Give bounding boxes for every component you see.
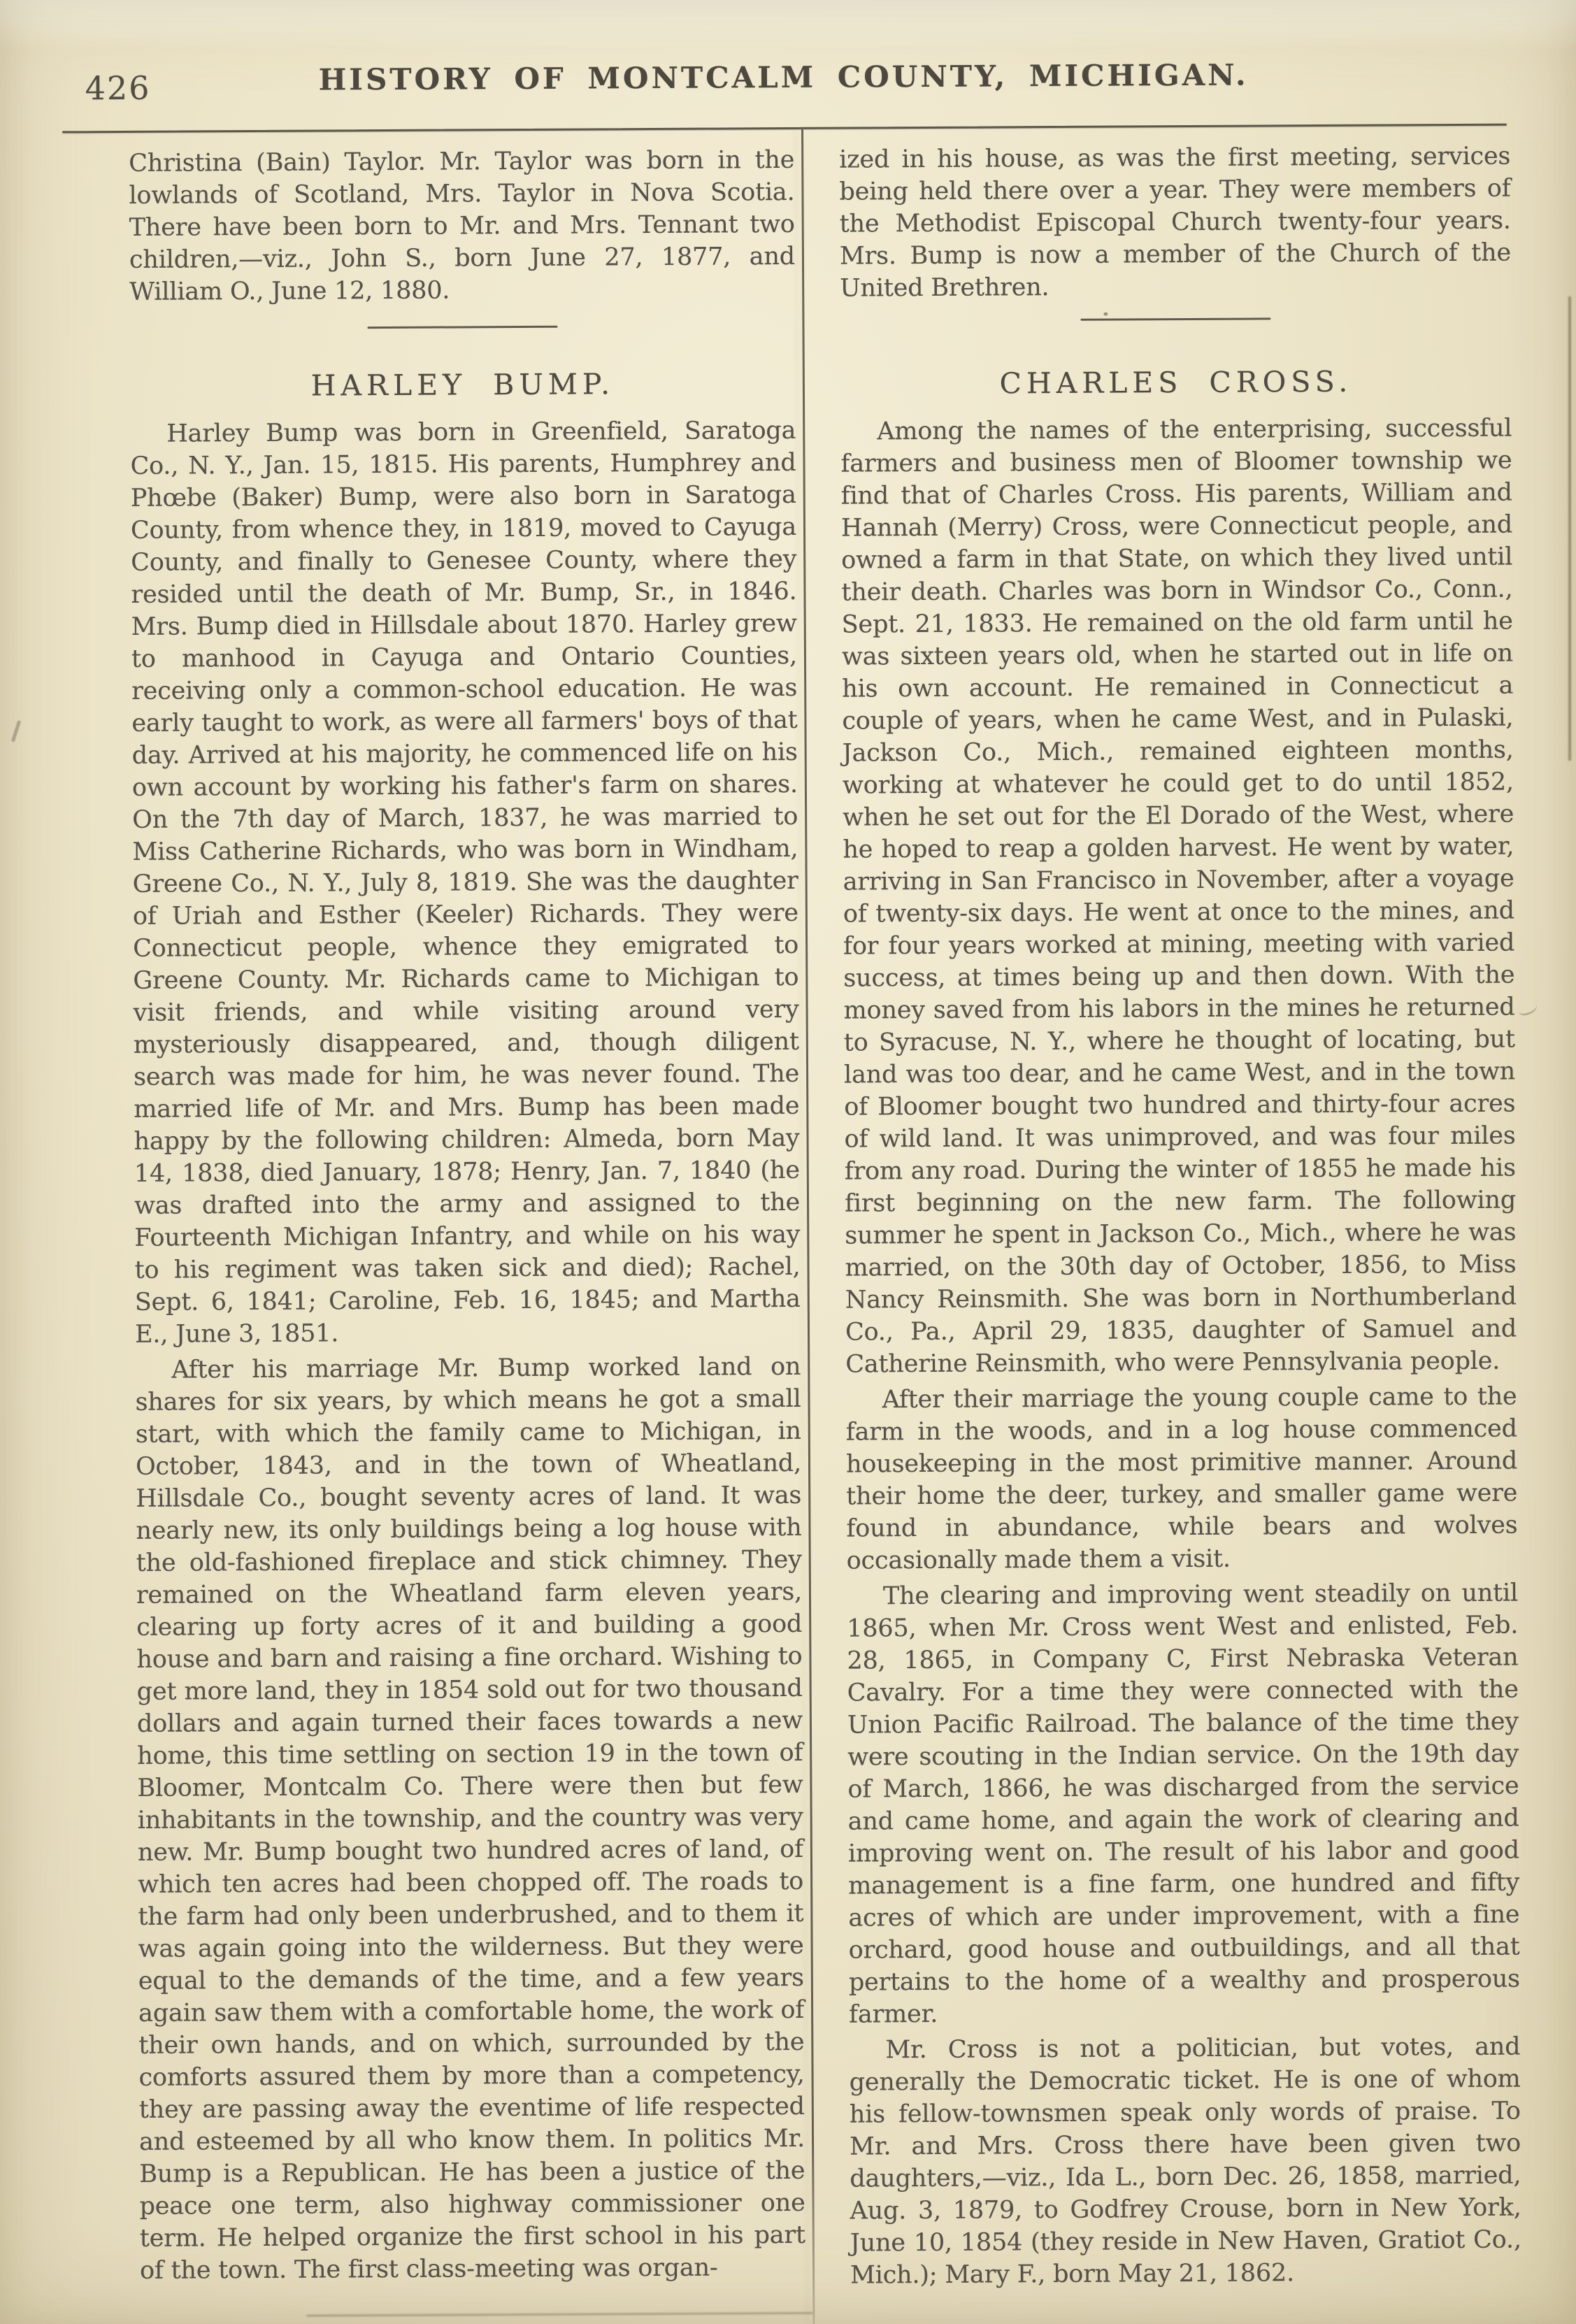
running-title: HISTORY OF MONTCALM COUNTY, MICHIGAN. [0,56,1572,99]
harley-bump-paragraph-1: Harley Bump was born in Greenfield, Sara… [130,415,801,1351]
page-sheet: 426 HISTORY OF MONTCALM COUNTY, MICHIGAN… [0,0,1576,2324]
right-column: ized in his house, as was the first meet… [839,141,1521,2292]
scan-smudge [306,2312,812,2317]
section-divider [1080,317,1270,320]
left-column: Christina (Bain) Taylor. Mr. Taylor was … [129,144,805,2287]
section-heading-charles-cross: CHARLES CROSS. [840,365,1512,401]
charles-cross-paragraph-3: The clearing and improving went steadily… [847,1577,1520,2031]
right-continuation-paragraph: ized in his house, as was the first meet… [839,141,1511,305]
harley-bump-paragraph-2: After his marriage Mr. Bump worked land … [135,1351,805,2287]
header-rule [62,124,1507,134]
section-divider [367,326,557,329]
scanned-book-page: 426 HISTORY OF MONTCALM COUNTY, MICHIGAN… [0,0,1576,2324]
margin-ink-mark [1517,999,1539,1017]
charles-cross-paragraph-2: After their marriage the young couple ca… [845,1381,1517,1577]
ink-speck [1103,313,1108,316]
charles-cross-paragraph-1: Among the names of the enterprising, suc… [840,413,1517,1381]
section-heading-harley-bump: HARLEY BUMP. [130,367,796,403]
left-continuation-paragraph: Christina (Bain) Taylor. Mr. Taylor was … [129,144,795,308]
scan-edge-line [1568,296,1571,761]
charles-cross-paragraph-4: Mr. Cross is not a politician, but votes… [849,2031,1521,2292]
margin-ink-mark [11,720,21,743]
